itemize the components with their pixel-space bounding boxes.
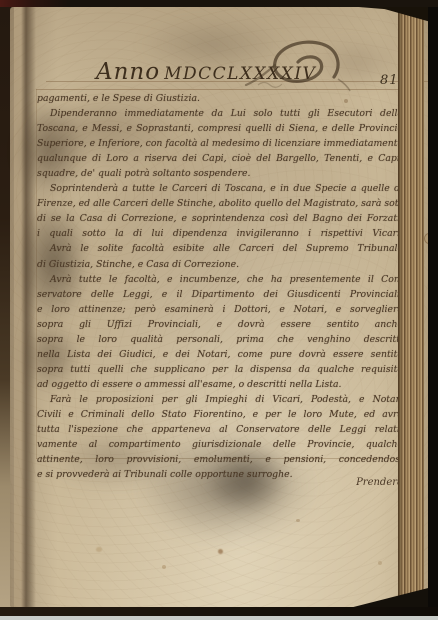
manuscript-line: vamente al compartimento giurisdizionale… xyxy=(37,437,403,452)
manuscript-line: squadre, de' quali potrà soltanto sospen… xyxy=(37,166,403,181)
manuscript-line: sopra le loro qualità personali, prima c… xyxy=(37,332,403,347)
manuscript-line: di Giustizia, Stinche, e Casa di Correzi… xyxy=(37,257,403,272)
foxing-spot xyxy=(296,519,300,522)
manuscript-line: Avrà le solite facoltà esibite alle Carc… xyxy=(37,241,403,256)
text-block: pagamenti, e le Spese di Giustizia. Dipe… xyxy=(37,91,403,482)
manuscript-line: servatore delle Leggi, e il Dipartimento… xyxy=(37,287,403,302)
manuscript-line: attinente, loro provvisioni, emolumenti,… xyxy=(37,452,403,467)
manuscript-line: Farà le proposizioni per gli Impieghi di… xyxy=(37,392,403,407)
catchword: Prenderà xyxy=(300,477,403,488)
manuscript-line: ad oggetto di essere o ammessi all'esame… xyxy=(37,377,403,392)
manuscript-line: Dipenderanno immediatamente da Lui solo … xyxy=(37,106,403,121)
photo-right-edge xyxy=(428,0,438,620)
foxing-spot xyxy=(218,549,223,554)
manuscript-line: Soprintenderà a tutte le Carceri di Tosc… xyxy=(37,181,403,196)
manuscript-line: tutta l'ispezione che apparteneva al Con… xyxy=(37,422,403,437)
photo-top-edge xyxy=(0,0,438,7)
manuscript-line: Toscana, e Messi, e Soprastanti, compres… xyxy=(37,121,403,136)
manuscript-line: i quali sotto la di lui dipendenza invig… xyxy=(37,226,403,241)
page-gutter-shadow xyxy=(14,7,36,608)
manuscript-line: di se la Casa di Correzione, e soprinten… xyxy=(37,211,403,226)
manuscript-line: Superiore, e Inferiore, con facoltà al m… xyxy=(37,136,403,151)
manuscript-line: e loro attinenze; però esaminerà i Dotto… xyxy=(37,302,403,317)
manuscript-line: qualunque di Loro a riserva dei Capi, ci… xyxy=(37,151,403,166)
manuscript-line: Civili e Criminali dello Stato Fiorentin… xyxy=(37,407,403,422)
manuscript-line: Firenze, ed alle Carceri delle Stinche, … xyxy=(37,196,403,211)
book-fore-edge xyxy=(398,4,424,598)
manuscript-line: pagamenti, e le Spese di Giustizia. xyxy=(37,91,403,106)
manuscript-line: sopra gli Uffizi Provinciali, e dovrà es… xyxy=(37,317,403,332)
manuscript-line: Avrà tutte le facoltà, e incumbenze, che… xyxy=(37,272,403,287)
photo-bottom-edge xyxy=(0,607,438,616)
manuscript-line: nella Lista dei Giudici, e dei Notari, c… xyxy=(37,347,403,362)
photo-frame: AnnoMDCCLXXXXIV 81. pagamenti, e le Spes… xyxy=(0,0,438,620)
foxing-spot xyxy=(378,561,382,565)
manuscript-line: sopra tutti quelli che supplicano per la… xyxy=(37,362,403,377)
header-year-roman: MDCCLXXXXIV xyxy=(164,64,316,84)
page-header: AnnoMDCCLXXXXIV xyxy=(96,59,326,85)
foxing-spot xyxy=(162,565,166,569)
manuscript-page: AnnoMDCCLXXXXIV 81. pagamenti, e le Spes… xyxy=(10,7,432,608)
foxing-spot xyxy=(96,547,102,552)
header-anno: Anno xyxy=(96,59,160,85)
table-surface-strip xyxy=(0,616,438,620)
